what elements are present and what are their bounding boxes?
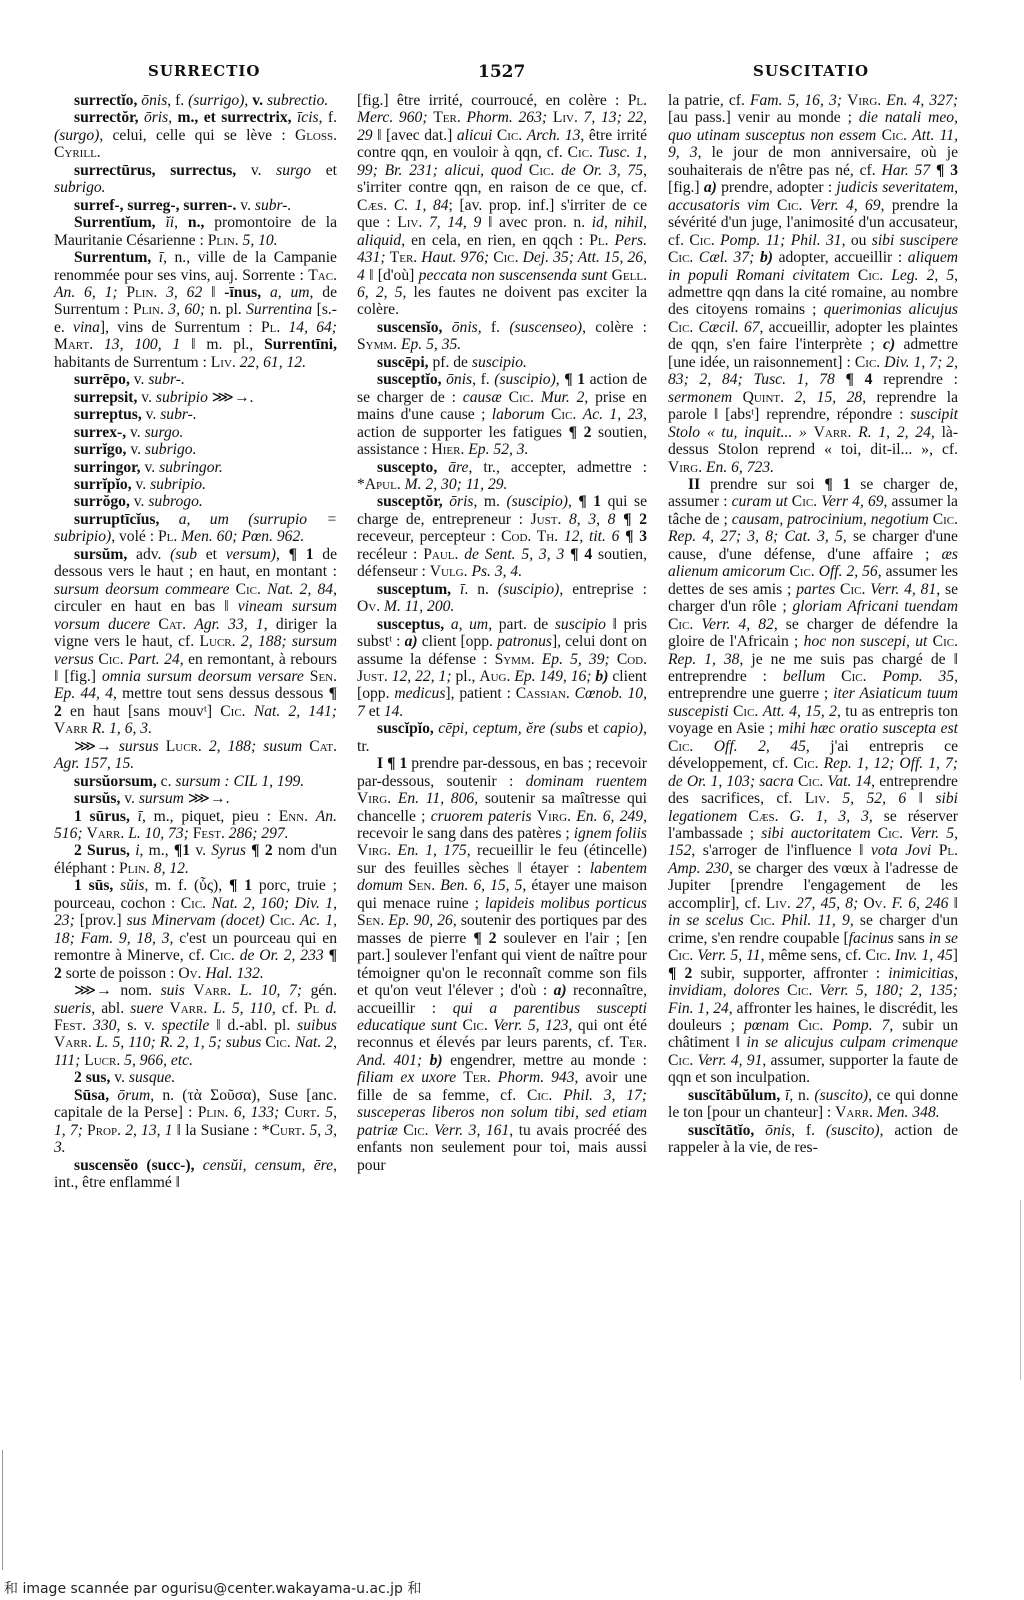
scan-edge-mark <box>1020 1200 1021 1380</box>
dictionary-entry: surref-, surreg-, surren-. v. subr-. <box>54 197 337 214</box>
dictionary-entry: susceptum, ī. n. (suscipio), entreprise … <box>357 581 647 616</box>
dictionary-entry: suscĭpĭo, cēpi, ceptum, ĕre (subs et cap… <box>357 720 647 755</box>
dictionary-entry: surrepsit, v. subripio ⋙→. <box>54 389 337 406</box>
dictionary-entry: sursŭm, adv. (sub et versum), ¶ 1 de des… <box>54 546 337 738</box>
running-head-left: SURRECTIO <box>148 62 260 80</box>
dictionary-entry: 2 Surus, i, m., ¶1 v. Syrus ¶ 2 nom d'un… <box>54 842 337 877</box>
dictionary-entry: ⋙→ sursus Lucr. 2, 188; susum Cat. Agr. … <box>54 738 337 773</box>
dictionary-entry: susceptus, a, um, part. de suscipio ‖ pr… <box>357 616 647 721</box>
dictionary-entry: surruptīcĭus, a, um (surrupio = subripio… <box>54 511 337 546</box>
dictionary-entry: sursŭs, v. sursum ⋙→. <box>54 790 337 807</box>
dictionary-entry: suscĭtātĭo, ōnis, f. (suscito), action d… <box>668 1122 958 1157</box>
dictionary-entry: sursŭorsum, c. sursum : CIL 1, 199. <box>54 773 337 790</box>
scan-edge-mark <box>2 1450 3 1570</box>
dictionary-entry: suscepto, āre, tr., accepter, admettre :… <box>357 459 647 494</box>
dictionary-entry: Surrentĭum, ĭi, n., promontoire de la Ma… <box>54 214 337 249</box>
dictionary-entry: II prendre sur soi ¶ 1 se charger de, as… <box>668 476 958 1087</box>
dictionary-entry: surrŏgo, v. subrogo. <box>54 493 337 510</box>
dictionary-entry: Sūsa, ōrum, n. (τὰ Σοῦσα), Suse [anc. ca… <box>54 1087 337 1157</box>
dictionary-entry: surrex-, v. surgo. <box>54 424 337 441</box>
dictionary-entry: suscensĭo, ōnis, f. (suscenseo), colère … <box>357 319 647 354</box>
dictionary-entry: la patrie, cf. Fam. 5, 16, 3; Virg. En. … <box>668 92 958 476</box>
dictionary-entry: 1 sūs, sŭis, m. f. (ὗς), ¶ 1 porc, truie… <box>54 877 337 982</box>
dictionary-entry: 2 sus, v. susque. <box>54 1069 337 1086</box>
scan-watermark: 和 image scannée par ogurisu@center.wakay… <box>4 1578 421 1598</box>
dictionary-entry: surrectūrus, surrectus, v. surgo et subr… <box>54 162 337 197</box>
running-head-right: SUSCITATIO <box>753 62 869 80</box>
dictionary-entry: I ¶ 1 prendre par-dessous, en bas ; rece… <box>357 755 647 1174</box>
dictionary-entry: surrĭpĭo, v. subripio. <box>54 476 337 493</box>
dictionary-entry: surreptus, v. subr-. <box>54 406 337 423</box>
dictionary-entry: susceptĭo, ōnis, f. (suscipio), ¶ 1 acti… <box>357 371 647 458</box>
dictionary-entry: Surrentum, ī, n., ville de la Campanie r… <box>54 249 337 371</box>
dictionary-entry: surrectŏr, ōris, m., et surrectrix, īcis… <box>54 109 337 161</box>
dictionary-entry: surrĭgo, v. subrigo. <box>54 441 337 458</box>
page-number: 1527 <box>478 62 525 82</box>
column-right: la patrie, cf. Fam. 5, 16, 3; Virg. En. … <box>668 92 958 1157</box>
dictionary-entry: suscĭtābŭlum, ī, n. (suscito), ce qui do… <box>668 1087 958 1122</box>
dictionary-entry: 1 sūrus, ī, m., piquet, pieu : Enn. An. … <box>54 808 337 843</box>
dictionary-entry: [fig.] être irrité, courroucé, en colère… <box>357 92 647 319</box>
dictionary-entry: susceptŏr, ōris, m. (suscipio), ¶ 1 qui … <box>357 493 647 580</box>
dictionary-entry: surringor, v. subringor. <box>54 459 337 476</box>
column-middle: [fig.] être irrité, courroucé, en colère… <box>357 92 647 1174</box>
dictionary-entry: surrectĭo, ōnis, f. (surrigo), v. subrec… <box>54 92 337 109</box>
column-left: surrectĭo, ōnis, f. (surrigo), v. subrec… <box>54 92 337 1192</box>
dictionary-entry: ⋙→ nom. suis Varr. L. 10, 7; gén. sueris… <box>54 982 337 1069</box>
dictionary-entry: suscēpi, pf. de suscipio. <box>357 354 647 371</box>
dictionary-entry: surrēpo, v. subr-. <box>54 371 337 388</box>
dictionary-entry: suscensĕo (succ-), censŭi, censum, ēre, … <box>54 1157 337 1192</box>
